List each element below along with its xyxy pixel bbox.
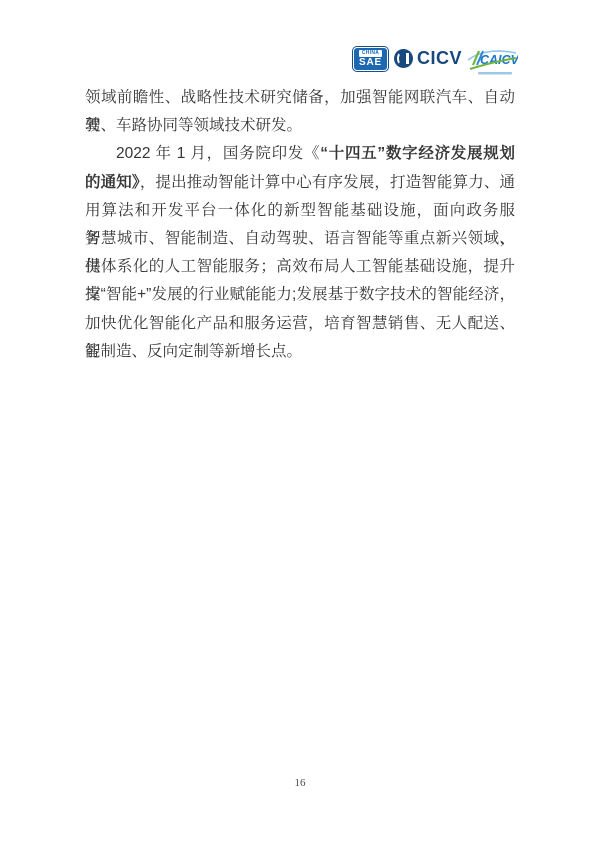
text-line: 能制造、反向定制等新增长点。	[85, 338, 515, 366]
text-line: 领域前瞻性、战略性技术研究储备，加强智能网联汽车、自动驾	[85, 84, 515, 112]
header-logo-strip: CHINA SAE CICV CAICV	[353, 45, 518, 79]
document-page: CHINA SAE CICV CAICV 领域前瞻性、战略性技术研究储备，加强智…	[0, 0, 600, 849]
text-segment: 2022 年 1 月，国务院印发《	[116, 145, 320, 162]
text-line: 智慧城市、智能制造、自动驾驶、语言智能等重点新兴领域，提	[85, 225, 515, 253]
text-line: 的通知》，提出推动智能计算中心有序发展，打造智能算力、通	[85, 169, 515, 197]
page-number: 16	[295, 777, 306, 789]
bold-text-segment: 的通知》	[85, 174, 140, 191]
caicv-logo: CAICV	[466, 46, 518, 80]
cicv-circle-icon	[394, 49, 413, 68]
text-segment: 撑“智能+”发展的行业赋能能力;发展基于数字技术的智能经济，	[85, 286, 515, 303]
body-text: 领域前瞻性、战略性技术研究储备，加强智能网联汽车、自动驾驶、车路协同等领域技术研…	[85, 84, 515, 366]
text-line: 加快优化智能化产品和服务运营，培育智慧销售、无人配送、智	[85, 310, 515, 338]
china-sae-logo-top-text: CHINA	[359, 50, 382, 57]
cicv-wordmark: CICV	[417, 49, 462, 68]
caicv-tagline-microtext	[478, 72, 512, 75]
text-line: 驶、车路协同等领域技术研发。	[85, 112, 515, 140]
text-line: 供体系化的人工智能服务；高效布局人工智能基础设施，提升支	[85, 253, 515, 281]
china-sae-logo-main-text: SAE	[359, 57, 382, 68]
text-segment: 能制造、反向定制等新增长点。	[85, 343, 302, 360]
bold-text-segment: “十四五”数字经济发展规划	[320, 145, 515, 162]
text-line: 用算法和开发平台一体化的新型智能基础设施，面向政务服务、	[85, 197, 515, 225]
page-footer: 16	[0, 777, 600, 789]
text-line: 2022 年 1 月，国务院印发《“十四五”数字经济发展规划	[85, 140, 515, 168]
text-line: 撑“智能+”发展的行业赋能能力;发展基于数字技术的智能经济，	[85, 281, 515, 309]
china-sae-logo: CHINA SAE	[353, 47, 388, 71]
text-segment: 驶、车路协同等领域技术研发。	[85, 117, 302, 134]
text-segment: ，提出推动智能计算中心有序发展，打造智能算力、通	[140, 174, 515, 191]
